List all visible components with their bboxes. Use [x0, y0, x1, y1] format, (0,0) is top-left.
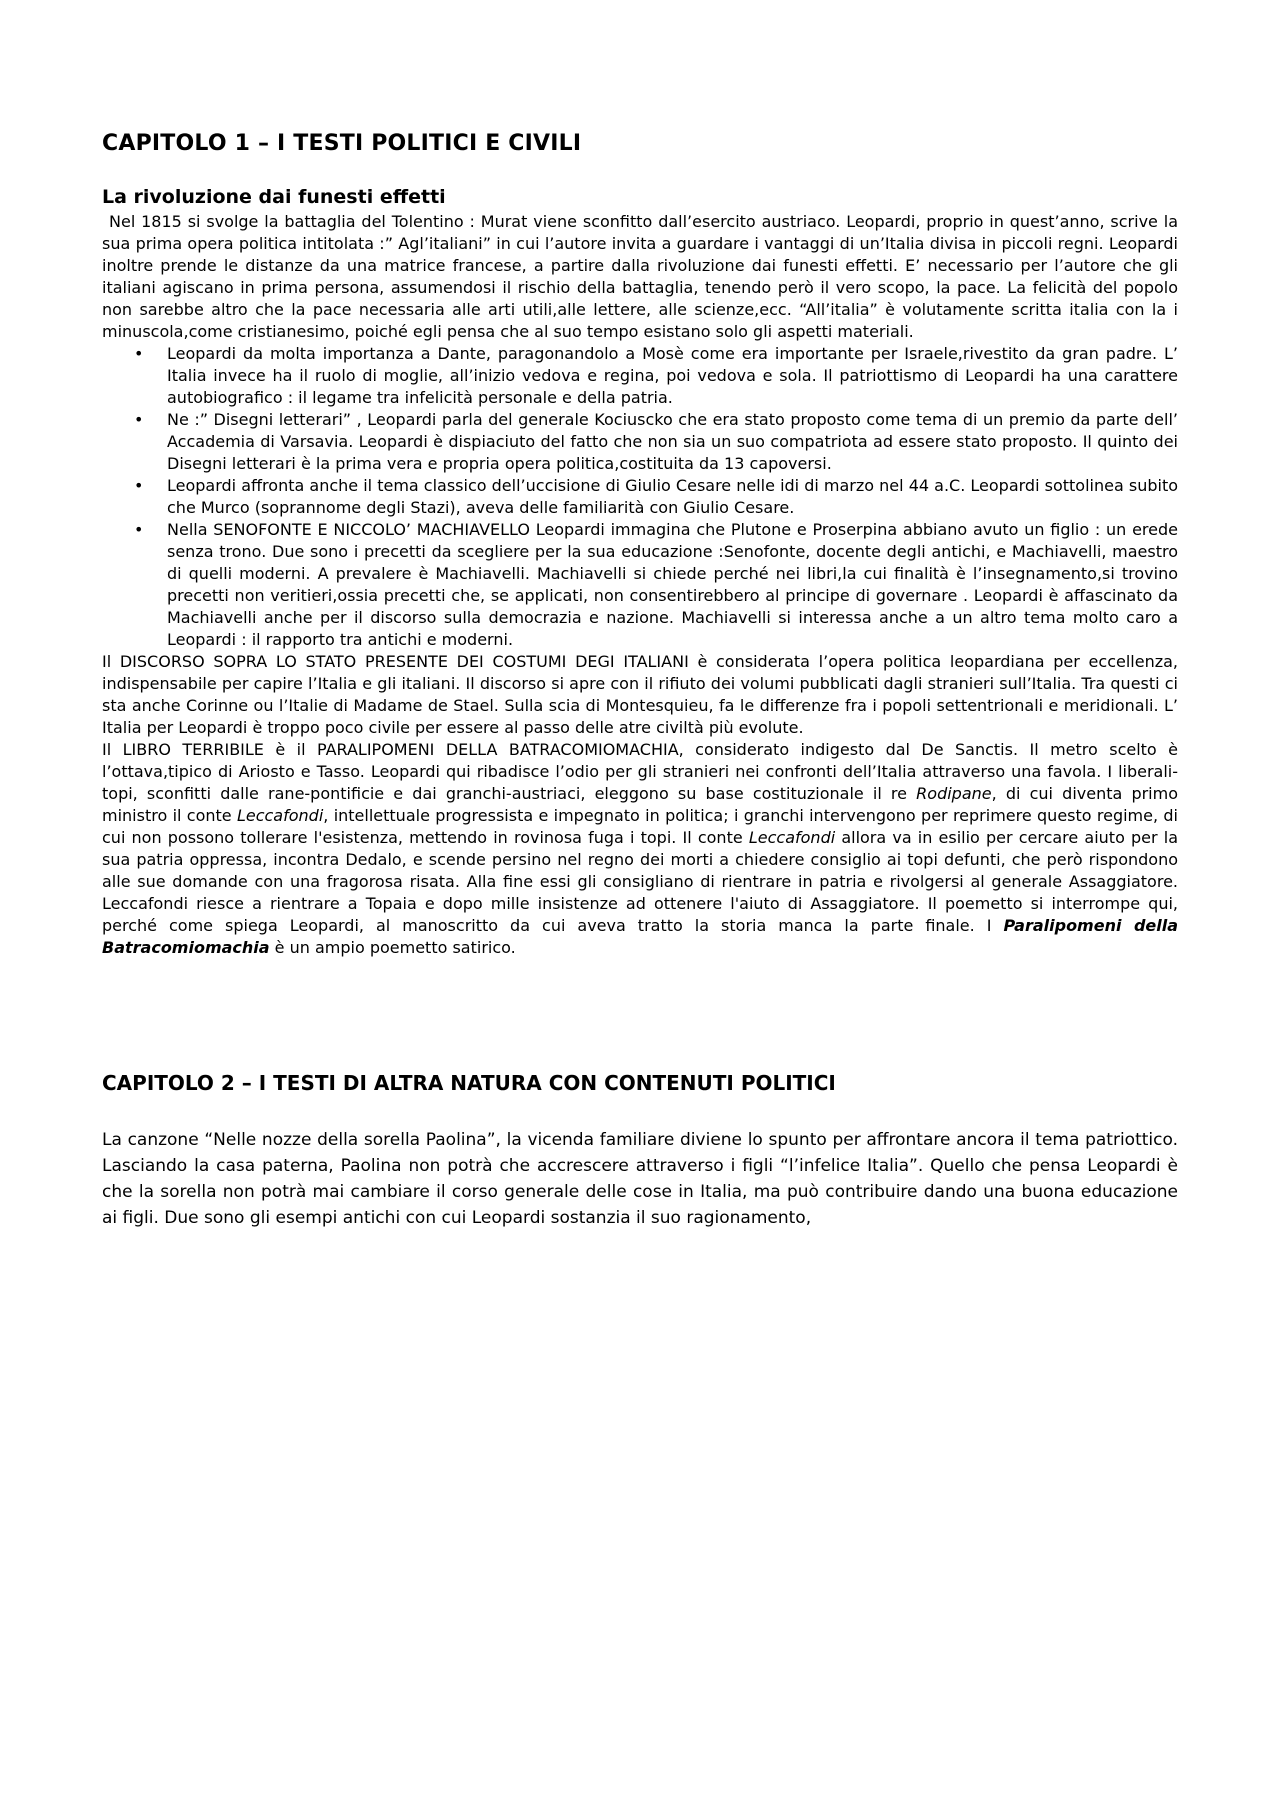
- document-page: CAPITOLO 1 – I TESTI POLITICI E CIVILI L…: [0, 0, 1280, 1811]
- list-item: Leopardi da molta importanza a Dante, pa…: [167, 343, 1178, 409]
- intro-paragraph: Nel 1815 si svolge la battaglia del Tole…: [102, 211, 1178, 343]
- chapter-1-title: CAPITOLO 1 – I TESTI POLITICI E CIVILI: [102, 131, 1178, 156]
- section-heading-rivoluzione: La rivoluzione dai funesti effetti: [102, 186, 1178, 208]
- list-item: Nella SENOFONTE E NICCOLO’ MACHIAVELLO L…: [167, 519, 1178, 651]
- chapter-2-paragraph: La canzone “Nelle nozze della sorella Pa…: [102, 1127, 1178, 1231]
- list-item: Leopardi affronta anche il tema classico…: [167, 475, 1178, 519]
- paragraph-libro-terribile: Il LIBRO TERRIBILE è il PARALIPOMENI DEL…: [102, 739, 1178, 959]
- bullet-list: Leopardi da molta importanza a Dante, pa…: [102, 343, 1178, 651]
- chapter-2-title: CAPITOLO 2 – I TESTI DI ALTRA NATURA CON…: [102, 1071, 1178, 1095]
- list-item: Ne :” Disegni letterari” , Leopardi parl…: [167, 409, 1178, 475]
- paragraph-discorso: Il DISCORSO SOPRA LO STATO PRESENTE DEI …: [102, 651, 1178, 739]
